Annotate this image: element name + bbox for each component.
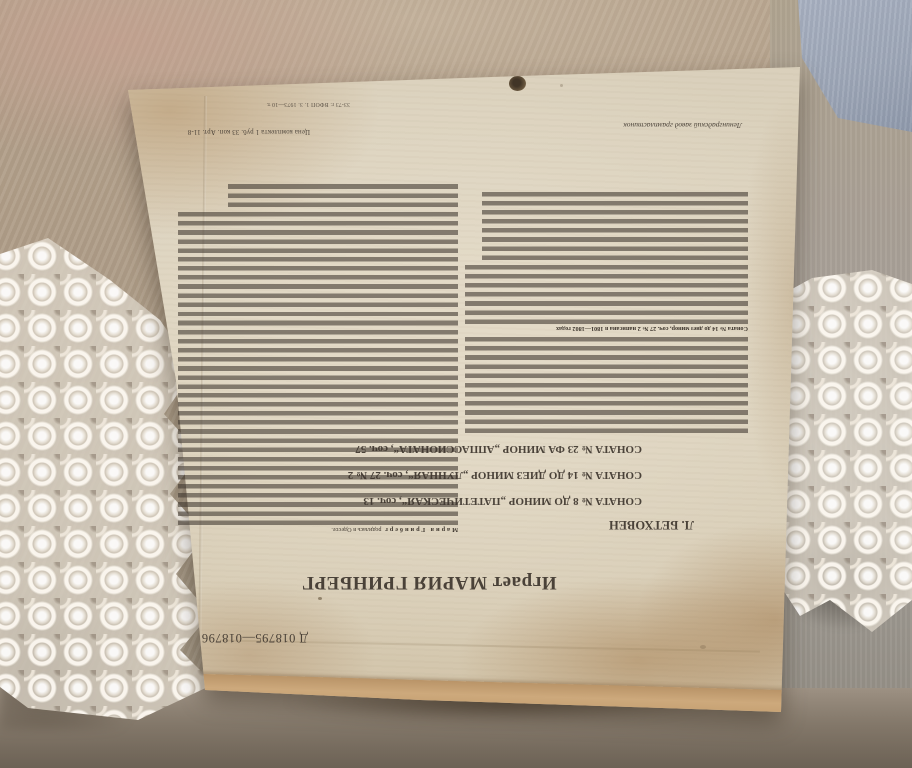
plant-line: Ленинградский завод грампластинок [590,113,742,130]
liner-notes-paragraph [178,393,458,452]
liner-notes-paragraph [178,312,458,389]
liner-notes-paragraph [178,212,458,253]
stain-speck [560,84,563,87]
liner-subheading: Соната № 14 до диез минор, соч. 27 № 2 н… [465,324,748,333]
liner-notes-paragraph [465,265,748,324]
liner-notes-paragraph [482,192,748,260]
composer-name: Л. БЕТХОВЕН [598,514,694,532]
order-line: 33-73 г. ВФОП 1. 3. 1973—10 т. [252,95,350,107]
artist-title: Играет МАРИЯ ГРИНБЕРГ [296,561,562,593]
bio-lead-line: Мария Гринберг родилась в Одессе. [178,525,458,534]
bio-name: Мария Гринберг [383,526,458,533]
punch-hole-mark [509,76,526,91]
stain-speck [700,645,706,649]
catalog-number: Д 018795—018796 [186,628,308,645]
liner-notes-column: Соната № 14 до диез минор, соч. 27 № 2 н… [465,168,748,433]
liner-notes-paragraph [228,184,458,207]
liner-notes-paragraph [178,457,458,525]
liner-notes-paragraph [465,338,748,379]
stain-speck [318,597,322,600]
liner-notes-paragraph [465,383,748,433]
sleeve-seam [200,674,786,724]
liner-notes-paragraph [178,257,458,307]
liner-notes-column: Мария Гринберг родилась в Одессе. [178,168,458,534]
photo-of-record-sleeve: Играет МАРИЯ ГРИНБЕРГ Л. БЕТХОВЕН СОНАТА… [0,0,912,768]
price-line: Цена комплекта 1 руб. 33 коп. Арт. 11-8 [152,120,310,135]
bio-lead-rest: родилась в Одессе. [331,526,383,533]
